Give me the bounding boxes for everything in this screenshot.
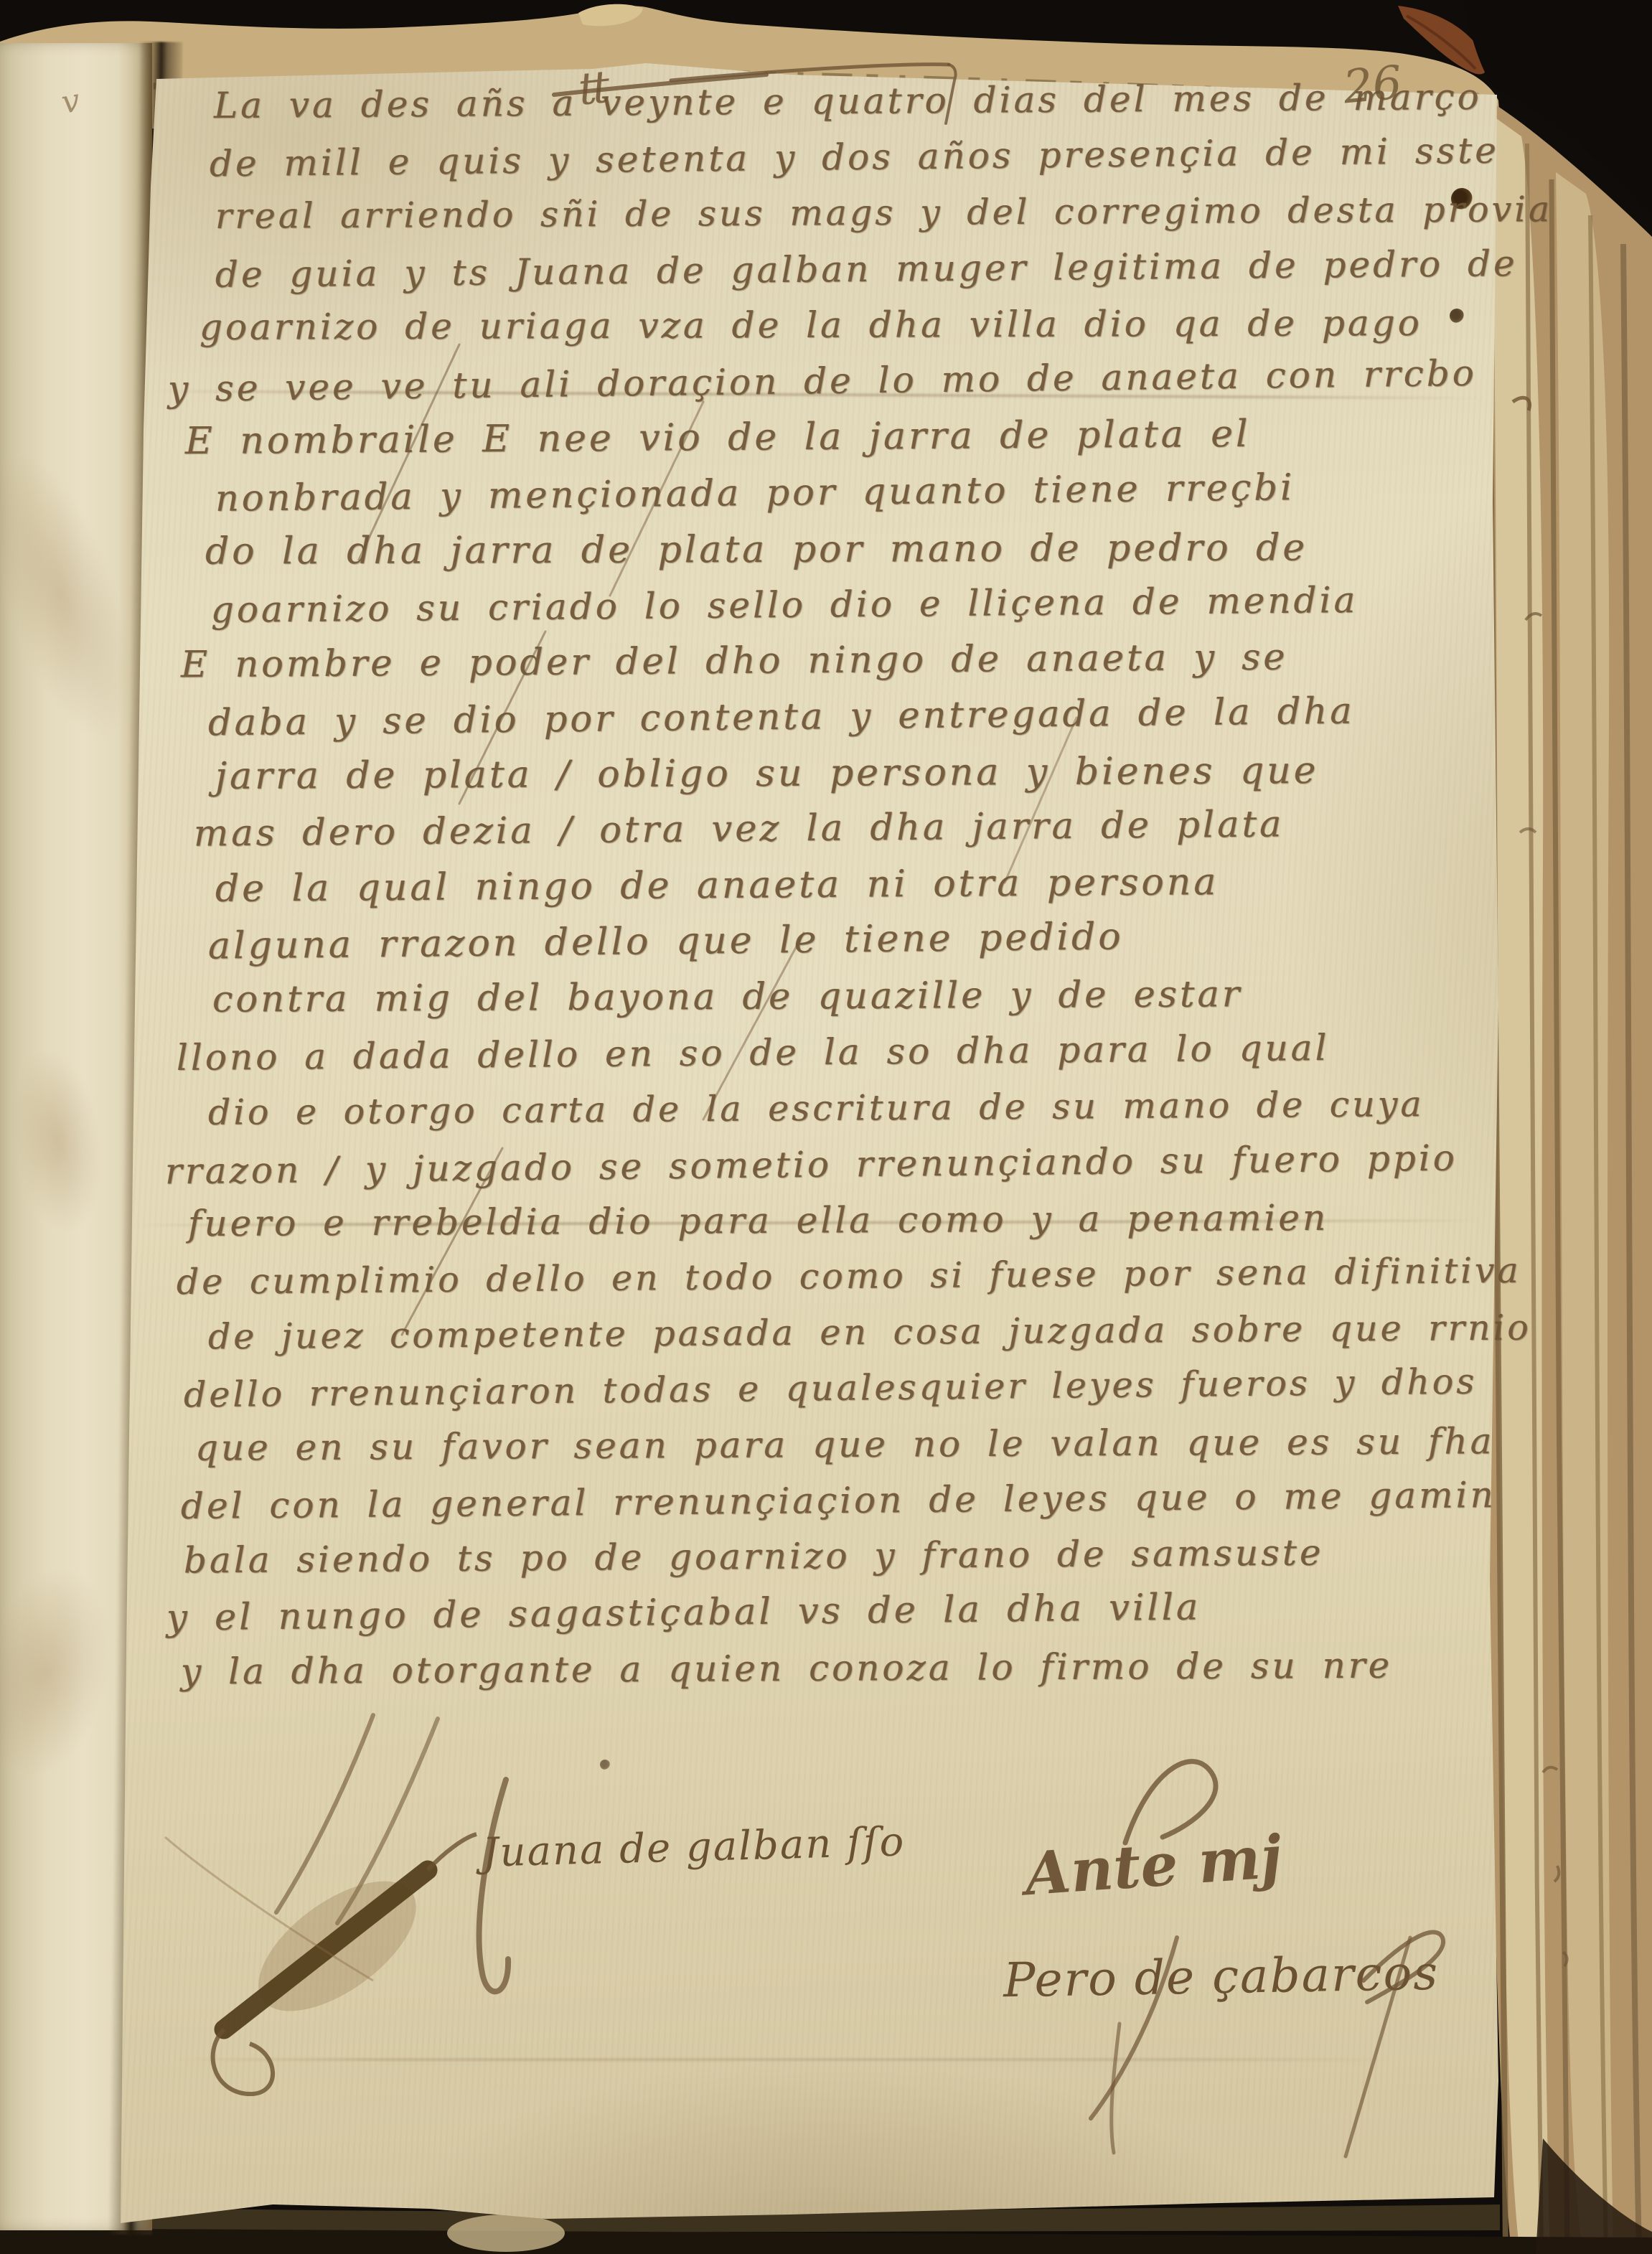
manuscript-text-line: y se vee ve tu ali doraçion de lo mo de …: [168, 352, 1477, 410]
manuscript-text-line: alguna rrazon dello que le tiene pedido: [208, 915, 1124, 967]
manuscript-text-line: bala siendo ts po de goarnizo y frano de…: [184, 1531, 1324, 1581]
manuscript-text-line: llono a dada dello en so de la so dha pa…: [177, 1027, 1330, 1079]
margin-check-mark: v: [59, 82, 83, 121]
manuscript-text-line: jarra de plata / obligo su persona y bie…: [215, 749, 1319, 798]
manuscript-text-line: de guia y ts Juana de galban muger legit…: [215, 243, 1518, 296]
manuscript-text-line: de la qual ningo de anaeta ni otra perso…: [215, 860, 1219, 911]
manuscript-text-line: de juez competente pasada en cosa juzgad…: [208, 1307, 1531, 1358]
manuscript-text-line: E nombraile E nee vio de la jarra de pla…: [185, 413, 1251, 463]
manuscript-text-line: daba y se dio por contenta y entregada d…: [208, 690, 1355, 745]
manuscript-text-line: La va des añs a veynte e quatro dias del…: [214, 76, 1482, 126]
manuscript-text-line: y la dha otorgante a quien conoza lo fir…: [181, 1645, 1393, 1693]
signature-principal: Juana de galban ſſo: [482, 1818, 906, 1876]
manuscript-text-line: rreal arriendo sñi de sus mags y del cor…: [215, 189, 1552, 237]
manuscript-photo: 26 v tt La va des añs a veynte e quatro …: [0, 0, 1652, 2254]
manuscript-text-line: nonbrada y mençionada por quanto tiene r…: [215, 466, 1295, 520]
signature-attestation: Ante mj: [1023, 1823, 1284, 1910]
manuscript-text-line: de mill e quis y setenta y dos años pres…: [210, 130, 1499, 185]
manuscript-text-line: de cumplimio dello en todo como si fuese…: [177, 1250, 1521, 1302]
manuscript-text-line: do la dha jarra de plata por mano de ped…: [205, 526, 1308, 573]
manuscript-text-line: rrazon / y juzgado se sometio rrenunçian…: [165, 1137, 1458, 1193]
manuscript-text-line: contra mig del bayona de quazille y de e…: [212, 973, 1243, 1021]
manuscript-text-line: que en su favor sean para que no le vala…: [195, 1420, 1495, 1468]
manuscript-text-line: E nombre e poder del dho ningo de anaeta…: [181, 637, 1288, 687]
manuscript-text-line: dello rrenunçiaron todas e qualesquier l…: [184, 1361, 1478, 1416]
handwriting-layer: 26 v tt La va des añs a veynte e quatro …: [0, 0, 1652, 2254]
manuscript-text-line: goarnizo de uriaga vza de la dha villa d…: [200, 302, 1422, 348]
signature-notary: Pero de çabarcos: [1003, 1945, 1439, 2009]
manuscript-text-line: mas dero dezia / otra vez la dha jarra d…: [194, 803, 1285, 855]
manuscript-text-line: del con la general rrenunçiaçion de leye…: [181, 1474, 1496, 1527]
manuscript-text-line: fuero e rrebeldia dio para ella como y a…: [188, 1197, 1329, 1244]
manuscript-text-line: goarnizo su criado lo sello dio e lliçen…: [211, 579, 1358, 631]
manuscript-text-line: y el nungo de sagastiçabal vs de la dha …: [166, 1586, 1201, 1639]
manuscript-text-line: dio e otorgo carta de la escritura de su…: [208, 1084, 1425, 1133]
